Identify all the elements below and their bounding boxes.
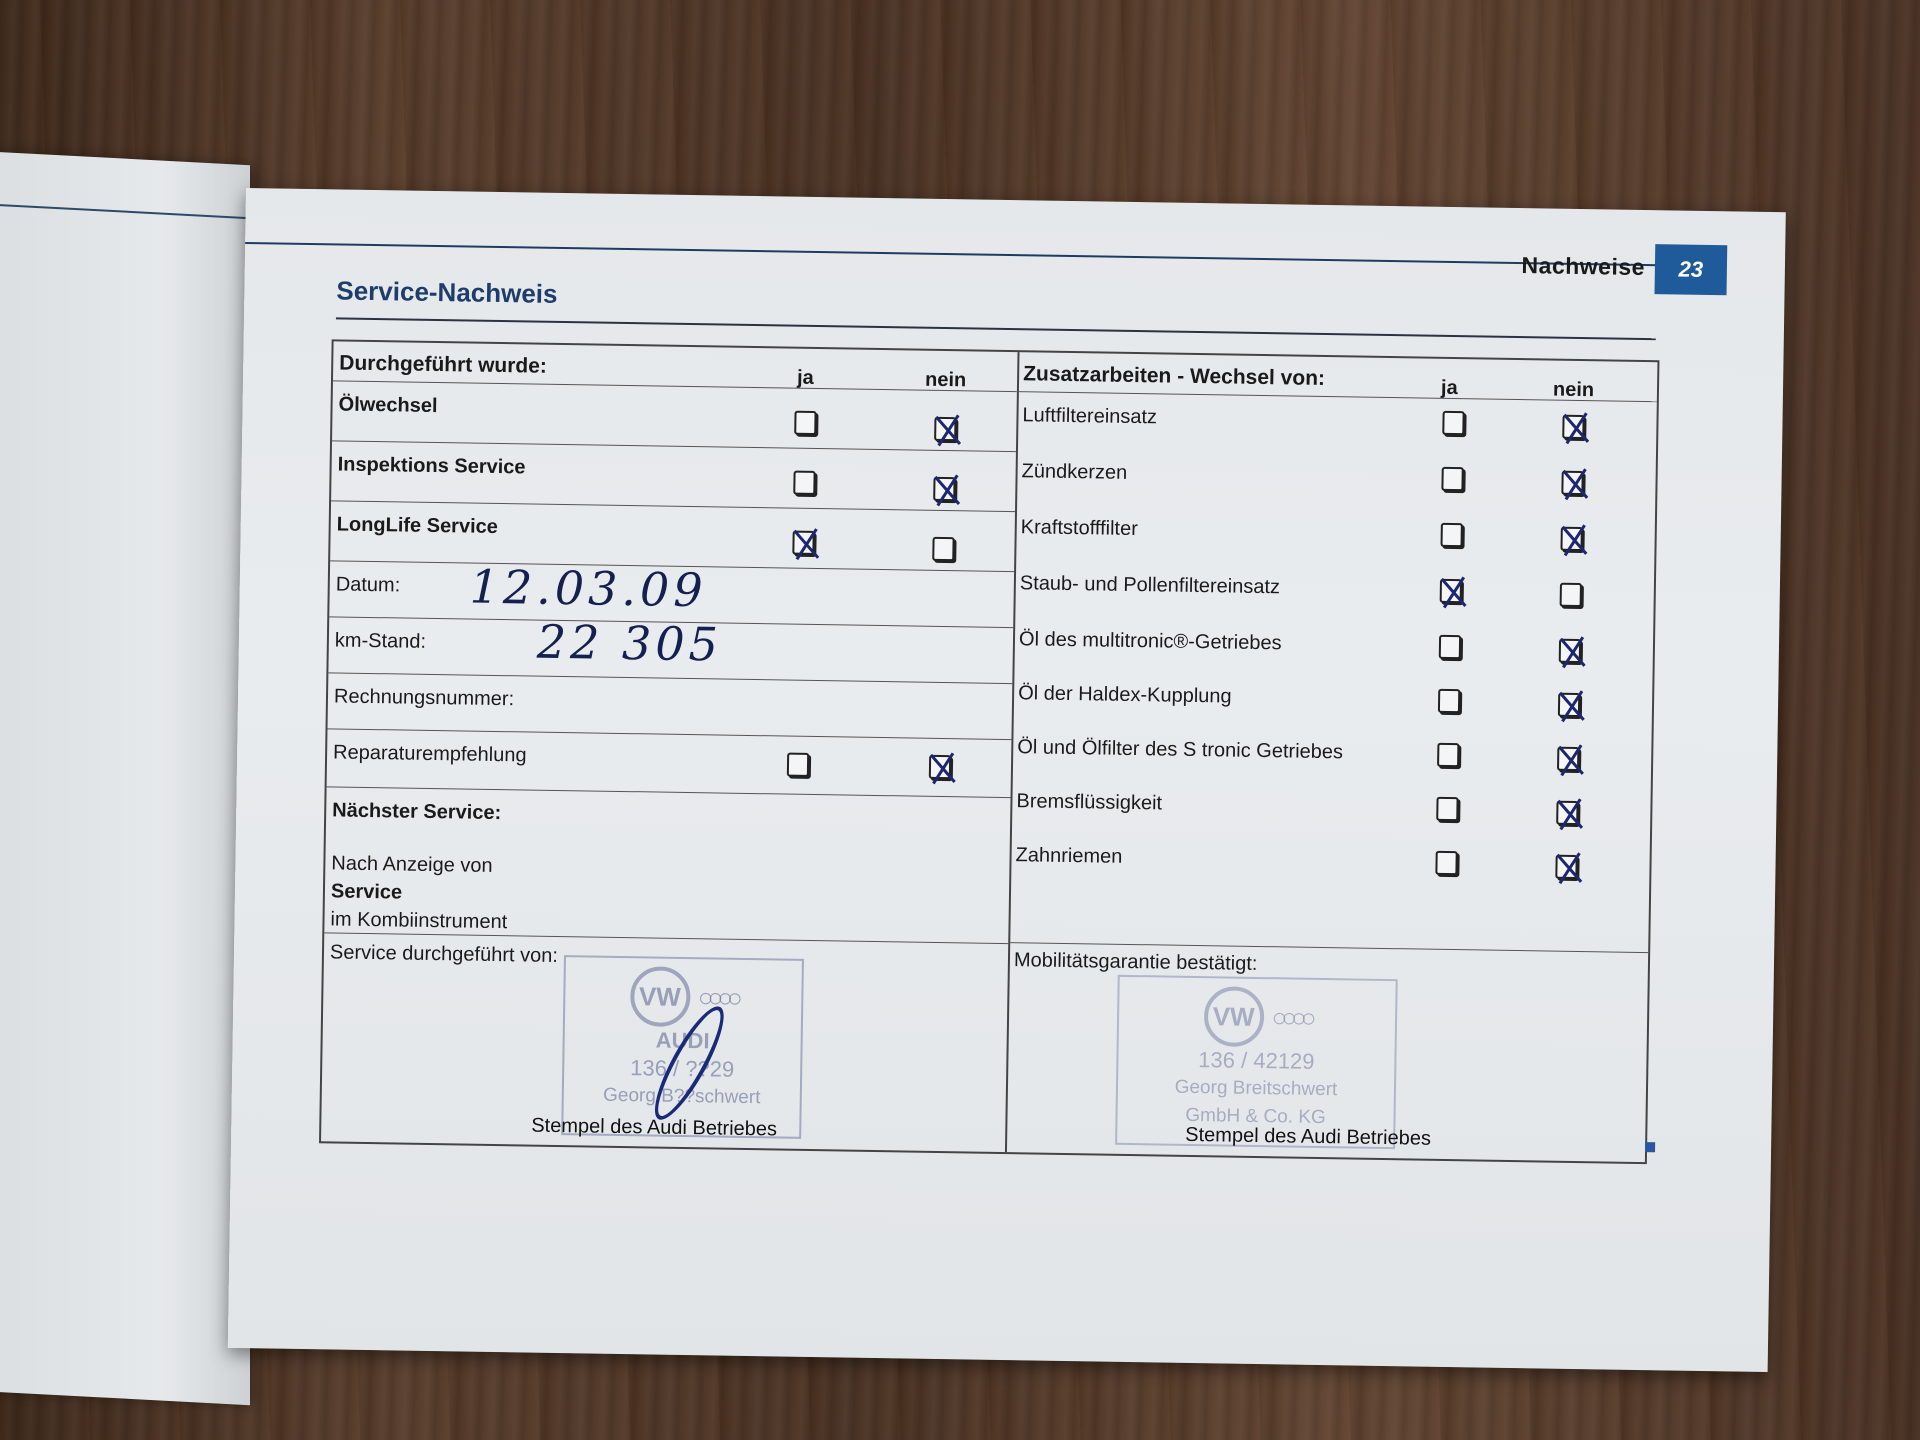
stamp-caption-right: Stempel des Audi Betriebes <box>1185 1124 1431 1151</box>
item-label: Staub- und Pollenfiltereinsatz <box>1020 572 1280 599</box>
page-title: Service-Nachweis <box>336 275 558 309</box>
left-page-rule <box>0 202 250 219</box>
vw-logo-icon: VW <box>1203 986 1264 1047</box>
col-ja-right: ja <box>1441 377 1458 400</box>
service-label: LongLife Service <box>337 513 498 539</box>
checkbox-nein[interactable] <box>1562 415 1584 439</box>
mobility-label: Mobilitätsgarantie bestätigt: <box>1014 949 1258 976</box>
additional-work-row: Öl des multitronic®-Getriebes <box>1013 616 1654 680</box>
service-record-form: Durchgeführt wurde: ja nein ÖlwechselIns… <box>319 339 1659 1164</box>
additional-work-row: Öl der Haldex-Kupplung <box>1012 670 1653 734</box>
service-label: Inspektions Service <box>337 453 525 479</box>
left-heading: Durchgeführt wurde: <box>339 351 547 378</box>
checkbox-nein[interactable] <box>1557 747 1579 771</box>
date-value[interactable]: 12.03.09 <box>469 560 707 618</box>
col-nein-right: nein <box>1553 379 1594 403</box>
additional-work-row: Bremsflüssigkeit <box>1010 778 1651 842</box>
header-rule <box>245 242 1723 267</box>
service-row: Ölwechsel <box>332 381 1017 452</box>
additional-work-row: Staub- und Pollenfiltereinsatz <box>1013 560 1654 626</box>
item-label: Öl und Ölfilter des S tronic Getriebes <box>1017 736 1343 764</box>
checkbox-ja[interactable] <box>792 531 814 555</box>
checkbox-ja[interactable] <box>787 753 809 777</box>
checkbox-ja[interactable] <box>1440 579 1462 603</box>
section-label: Nachweise <box>1521 252 1645 281</box>
performed-services-column: Durchgeführt wurde: ja nein ÖlwechselIns… <box>321 341 1019 1152</box>
additional-work-row: Zahnriemen <box>1009 832 1650 908</box>
left-page <box>0 150 250 1405</box>
item-label: Kraftstofffilter <box>1021 516 1138 541</box>
item-label: Bremsflüssigkeit <box>1016 790 1162 815</box>
service-label: Ölwechsel <box>338 393 437 418</box>
next-service-line1: Nach Anzeige von <box>331 849 508 880</box>
stamp-line1-right: Georg Breitschwert <box>1118 1073 1394 1105</box>
checkbox-nein[interactable] <box>1556 801 1578 825</box>
item-label: Zahnriemen <box>1015 844 1122 869</box>
next-service-text: Nach Anzeige von Service im Kombiinstrum… <box>330 849 508 936</box>
checkbox-nein[interactable] <box>932 537 954 561</box>
checkbox-ja[interactable] <box>1438 689 1460 713</box>
item-label: Zündkerzen <box>1021 460 1127 485</box>
booklet-page: Nachweise 23 Service-Nachweis Durchgefüh… <box>228 188 1786 1372</box>
checkbox-ja[interactable] <box>1442 411 1464 435</box>
col-ja: ja <box>797 367 814 390</box>
service-row: Inspektions Service <box>331 441 1016 512</box>
checkbox-nein[interactable] <box>933 477 955 501</box>
audi-rings-icon: ○○○○ <box>1271 1003 1310 1032</box>
end-marker <box>1645 1142 1655 1152</box>
checkbox-ja[interactable] <box>794 411 816 435</box>
checkbox-nein[interactable] <box>1558 693 1580 717</box>
title-rule <box>336 317 1656 340</box>
checkbox-ja[interactable] <box>1441 523 1463 547</box>
checkbox-ja[interactable] <box>1441 467 1463 491</box>
checkbox-ja[interactable] <box>1435 851 1457 875</box>
next-service-label: Nächster Service: <box>332 799 501 825</box>
checkbox-nein[interactable] <box>934 417 956 441</box>
service-row: LongLife Service <box>330 501 1015 572</box>
next-service-line2: Service <box>331 880 403 903</box>
checkbox-nein[interactable] <box>1555 855 1577 879</box>
checkbox-ja[interactable] <box>1437 743 1459 767</box>
item-label: Luftfiltereinsatz <box>1022 404 1157 429</box>
next-service-row: Nächster Service: Nach Anzeige von Servi… <box>324 787 1010 944</box>
additional-work-row: Zündkerzen <box>1015 448 1656 514</box>
repair-recommendation-row: Reparaturempfehlung <box>327 729 1012 798</box>
km-value[interactable]: 22 305 <box>536 615 722 672</box>
checkbox-ja[interactable] <box>1439 635 1461 659</box>
performed-by-row: Service durchgeführt von: VW○○○○ AUDI 13… <box>321 933 1008 1154</box>
mobility-row: Mobilitätsgarantie bestätigt: VW○○○○ 136… <box>1005 942 1648 1166</box>
checkbox-nein[interactable] <box>929 755 951 779</box>
checkbox-ja[interactable] <box>793 471 815 495</box>
item-label: Öl des multitronic®-Getriebes <box>1019 628 1282 655</box>
date-label: Datum: <box>336 573 401 597</box>
col-nein: nein <box>925 369 966 393</box>
checkbox-ja[interactable] <box>1436 797 1458 821</box>
additional-work-row: Öl und Ölfilter des S tronic Getriebes <box>1011 724 1652 788</box>
additional-work-column: Zusatzarbeiten - Wechsel von: ja nein Lu… <box>1005 352 1657 1162</box>
stamp-caption-left: Stempel des Audi Betriebes <box>531 1115 777 1142</box>
right-heading: Zusatzarbeiten - Wechsel von: <box>1023 362 1325 391</box>
vw-logo-icon: VW <box>629 966 690 1027</box>
checkbox-nein[interactable] <box>1560 583 1582 607</box>
checkbox-nein[interactable] <box>1559 639 1581 663</box>
page-number-tab: 23 <box>1655 244 1728 295</box>
checkbox-nein[interactable] <box>1561 471 1583 495</box>
km-label: km-Stand: <box>335 629 427 653</box>
performed-by-label: Service durchgeführt von: <box>330 941 558 968</box>
invoice-label: Rechnungsnummer: <box>334 685 514 711</box>
checkbox-nein[interactable] <box>1560 527 1582 551</box>
next-service-line3: im Kombiinstrument <box>330 905 507 936</box>
item-label: Öl der Haldex-Kupplung <box>1018 682 1232 708</box>
mobility-stamp: VW○○○○ 136 / 42129 Georg Breitschwert Gm… <box>1115 975 1398 1149</box>
repair-label: Reparaturempfehlung <box>333 741 527 767</box>
additional-work-row: Kraftstofffilter <box>1014 504 1655 570</box>
additional-work-row: Luftfiltereinsatz <box>1016 392 1657 458</box>
stamp-code-right: 136 / 42129 <box>1118 1045 1394 1077</box>
